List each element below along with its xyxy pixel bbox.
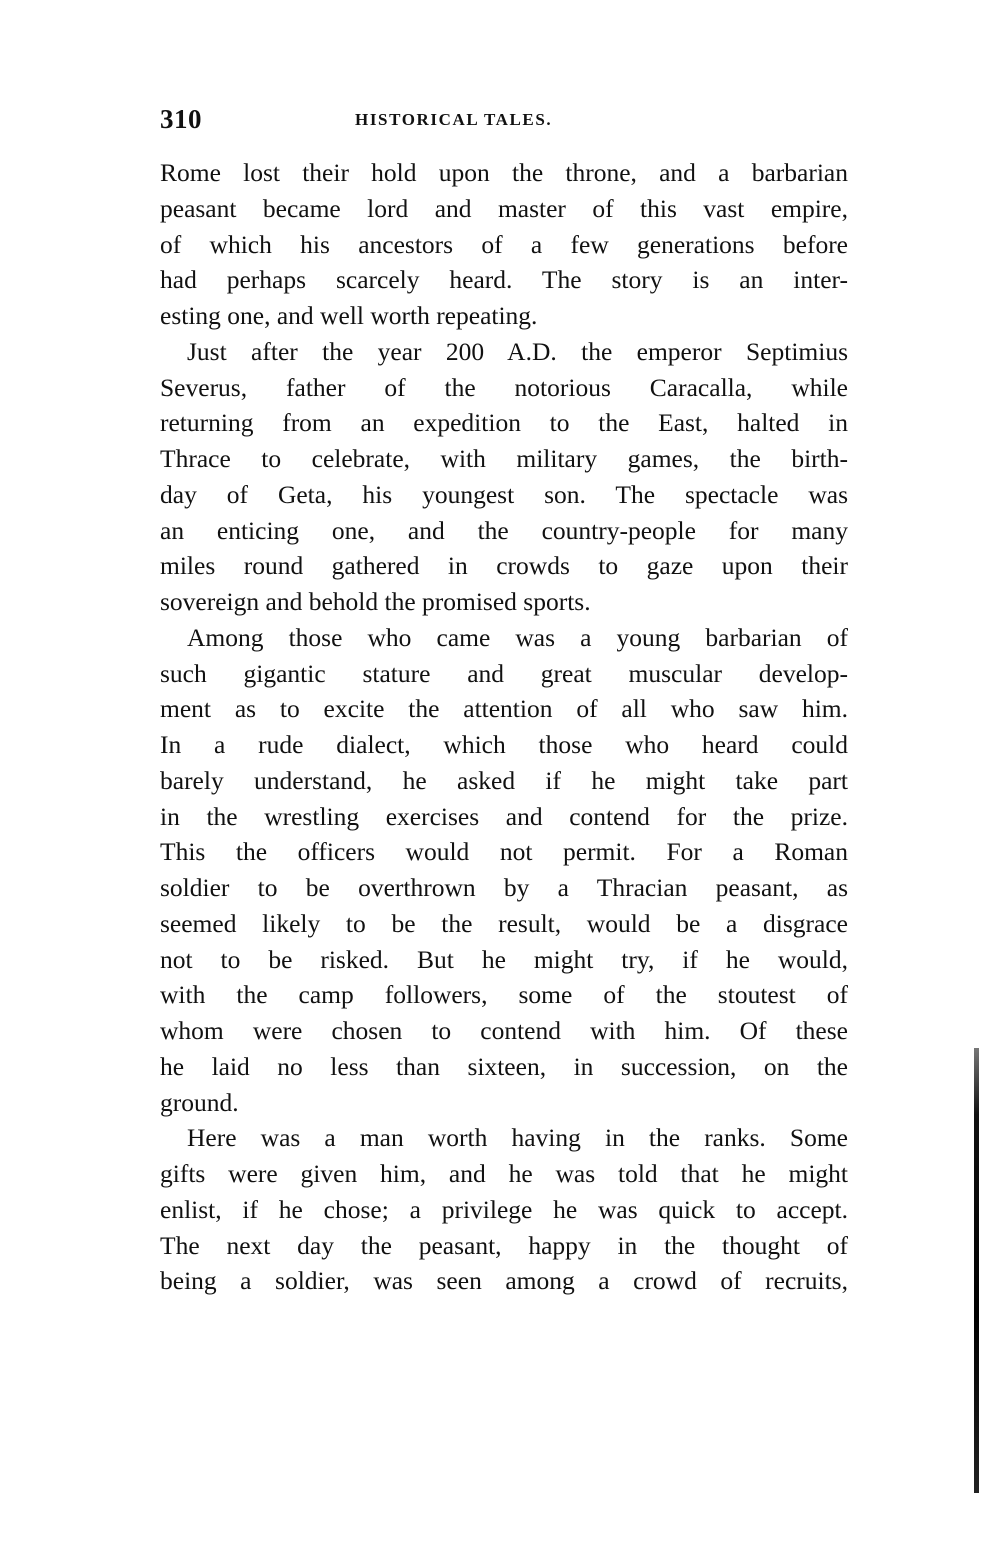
text-line: not to be risked. But he might try, if h… [160,942,848,978]
text-line: esting one, and well worth repeating. [160,298,848,334]
text-line: gifts were given him, and he was told th… [160,1156,848,1192]
text-line: The next day the peasant, happy in the t… [160,1228,848,1264]
page-header: 310 HISTORICAL TALES. [160,104,850,138]
text-line: ground. [160,1085,848,1121]
body-text: Rome lost their hold upon the throne, an… [160,155,848,1299]
text-line: had perhaps scarcely heard. The story is… [160,262,848,298]
text-line: Thrace to celebrate, with military games… [160,441,848,477]
running-head: HISTORICAL TALES. [355,110,552,130]
text-line: peasant became lord and master of this v… [160,191,848,227]
text-line: Among those who came was a young barbari… [160,620,848,656]
paragraph-3: Among those who came was a young barbari… [160,620,848,1121]
text-line: Severus, father of the notorious Caracal… [160,370,848,406]
text-line: seemed likely to be the result, would be… [160,906,848,942]
text-line: soldier to be overthrown by a Thracian p… [160,870,848,906]
page-number: 310 [160,104,202,135]
text-line: ment as to excite the attention of all w… [160,691,848,727]
text-line: enlist, if he chose; a privilege he was … [160,1192,848,1228]
text-line: an enticing one, and the country-people … [160,513,848,549]
paragraph-2: Just after the year 200 A.D. the emperor… [160,334,848,620]
text-line: day of Geta, his youngest son. The spect… [160,477,848,513]
text-line: whom were chosen to contend with him. Of… [160,1013,848,1049]
text-line: This the officers would not permit. For … [160,834,848,870]
text-line: of which his ancestors of a few generati… [160,227,848,263]
text-line: Here was a man worth having in the ranks… [160,1120,848,1156]
text-line: returning from an expedition to the East… [160,405,848,441]
text-line: sovereign and behold the promised sports… [160,584,848,620]
page-edge-shadow [974,1048,979,1493]
text-line: Just after the year 200 A.D. the emperor… [160,334,848,370]
text-line: In a rude dialect, which those who heard… [160,727,848,763]
text-line: with the camp followers, some of the sto… [160,977,848,1013]
paragraph-1: Rome lost their hold upon the throne, an… [160,155,848,334]
text-line: such gigantic stature and great muscular… [160,656,848,692]
text-line: miles round gathered in crowds to gaze u… [160,548,848,584]
text-line: in the wrestling exercises and contend f… [160,799,848,835]
text-line: he laid no less than sixteen, in success… [160,1049,848,1085]
text-line: Rome lost their hold upon the throne, an… [160,155,848,191]
text-line: being a soldier, was seen among a crowd … [160,1263,848,1299]
paragraph-4: Here was a man worth having in the ranks… [160,1120,848,1299]
text-line: barely understand, he asked if he might … [160,763,848,799]
